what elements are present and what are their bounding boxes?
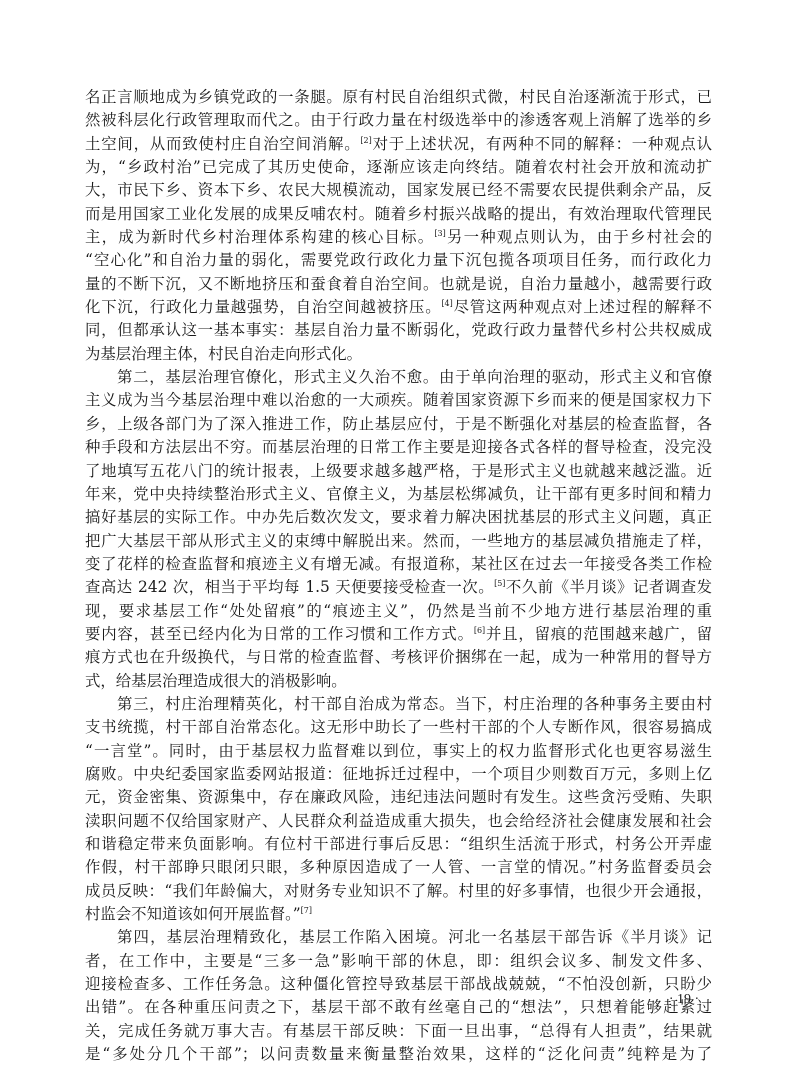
- line-text: 量的不断下沉，又不断地挤压和蚕食着自治空间。也就是说，自治力量越小，越需要行政: [85, 275, 712, 293]
- line-text: 要内容，甚至已经内化为日常的工作习惯和工作方式。: [85, 625, 474, 643]
- text-line: 作假，村干部睁只眼闭只眼，多种原因造成了一人管、一言堂的情况。”村务监督委员会: [85, 856, 712, 879]
- line-text: 第二，基层治理官僚化，形式主义久治不愈。由于单向治理的驱动，形式主义和官僚: [117, 368, 712, 386]
- text-line: 现，要求基层工作“处处留痕”的“痕迹主义”，仍然是当前不少地方进行基层治理的重: [85, 600, 712, 623]
- line-text: 现，要求基层工作“处处留痕”的“痕迹主义”，仍然是当前不少地方进行基层治理的重: [85, 602, 712, 620]
- citation-reference: [6]: [474, 626, 485, 635]
- citation-reference: [3]: [434, 229, 445, 238]
- text-line: 同，但都承认这一基本事实：基层自治力量不断弱化，党政行政力量替代乡村公共权威成: [85, 319, 712, 342]
- text-line: 者，在工作中，主要是“三多一急”影响干部的休息，即：组织会议多、制发文件多、: [85, 950, 712, 973]
- document-page: 名正言顺地成为乡镇党政的一条腿。原有村民自治组织式微，村民自治逐渐流于形式，已然…: [0, 0, 793, 1077]
- text-line: 痕方式也在升级换代，与日常的检查监督、考核评价捆绑在一起，成为一种常用的督导方: [85, 646, 712, 669]
- text-line: 化下沉，行政化力量越强势，自治空间越被挤压。[4]尽管这两种观点对上述过程的解释…: [85, 296, 712, 319]
- text-line: 要内容，甚至已经内化为日常的工作习惯和工作方式。[6]并且，留痕的范围越来越广，…: [85, 623, 712, 646]
- text-line: 变了花样的检查监督和痕迹主义有增无减。有报道称，某社区在过去一年接受各类工作检: [85, 553, 712, 576]
- text-line: 关，完成任务就万事大吉。有基层干部反映：下面一旦出事，“总得有人担责”，结果就: [85, 1020, 712, 1043]
- paragraph-first-line: 第三，村庄治理精英化，村干部自治成为常态。当下，村庄治理的各种事务主要由村: [85, 693, 712, 716]
- body-text: 名正言顺地成为乡镇党政的一条腿。原有村民自治组织式微，村民自治逐渐流于形式，已然…: [85, 86, 712, 1066]
- line-text-continued: 不久前《半月谈》记者调查发: [505, 578, 712, 596]
- text-line: 年来，党中央持续整治形式主义、官僚主义，为基层松绑减负，让干部有更多时间和精力: [85, 483, 712, 506]
- line-text: 元，资金密集、资源集中，存在廉政风险，违纪违法问题时有发生。这些贪污受贿、失职: [85, 788, 712, 806]
- text-line: 渎职问题不仅给国家财产、人民群众利益造成重大损失，也会给经济社会健康发展和社会: [85, 810, 712, 833]
- line-text: 关，完成任务就万事大吉。有基层干部反映：下面一旦出事，“总得有人担责”，结果就: [85, 1022, 712, 1040]
- line-text: 把广大基层干部从形式主义的束缚中解脱出来。然而，一些地方的基层减负措施走了样，: [85, 532, 712, 550]
- line-text: 成员反映：“我们年龄偏大，对财务专业知识不了解。村里的好多事情，也很少开会通报，: [85, 882, 712, 900]
- text-line: 搞好基层的实际工作。中办先后数次发文，要求着力解决困扰基层的形式主义问题，真正: [85, 506, 712, 529]
- line-text: 为基层治理主体，村民自治走向形式化。: [85, 345, 362, 363]
- line-text: 搞好基层的实际工作。中办先后数次发文，要求着力解决困扰基层的形式主义问题，真正: [85, 508, 712, 526]
- paragraph-first-line: 第二，基层治理官僚化，形式主义久治不愈。由于单向治理的驱动，形式主义和官僚: [85, 366, 712, 389]
- text-line: 元，资金密集、资源集中，存在廉政风险，违纪违法问题时有发生。这些贪污受贿、失职: [85, 786, 712, 809]
- line-text: 为，“乡政村治”已完成了其历史使命，逐渐应该走向终结。随着农村社会开放和流动扩: [85, 158, 712, 176]
- line-text: 出错”。在各种重压问责之下，基层干部不敢有丝毫自己的“想法”，只想着能够赶紧过: [85, 998, 712, 1016]
- line-text: 渎职问题不仅给国家财产、人民群众利益造成重大损失，也会给经济社会健康发展和社会: [85, 812, 712, 830]
- text-line: 腐败。中央纪委国家监委网站报道：征地拆迁过程中，一个项目少则数百万元，多则上亿: [85, 763, 712, 786]
- text-line: 为基层治理主体，村民自治走向形式化。: [85, 343, 712, 366]
- text-line: 为，“乡政村治”已完成了其历史使命，逐渐应该走向终结。随着农村社会开放和流动扩: [85, 156, 712, 179]
- line-text: 乡，上级各部门为了深入推进工作，防止基层应付，于是不断强化对基层的检查监督，各: [85, 415, 712, 433]
- line-text: 迎接检查多、工作任务急。这种僵化管控导致基层干部战战兢兢，“不怕没创新，只盼少: [85, 975, 712, 993]
- text-line: 种手段和方法层出不穷。而基层治理的日常工作主要是迎接各式各样的督导检查，没完没: [85, 436, 712, 459]
- line-text: 和谐稳定带来负面影响。有位村干部进行事后反思：“组织生活流于形式，村务公开弄虚: [85, 835, 712, 853]
- line-text-continued: 对于上述状况，有两种不同的解释：一种观点认: [372, 135, 712, 153]
- line-text: “一言堂”。同时，由于基层权力监督难以到位，事实上的权力监督形式化也更容易滋生: [85, 742, 712, 760]
- line-text: 种手段和方法层出不穷。而基层治理的日常工作主要是迎接各式各样的督导检查，没完没: [85, 438, 712, 456]
- text-line: 是“多处分几个干部”；以问责数量来衡量整治效果，这样的“泛化问责”纯粹是为了: [85, 1043, 712, 1066]
- text-line: 支书统揽，村干部自治常态化。这无形中助长了一些村干部的个人专断作风，很容易搞成: [85, 716, 712, 739]
- citation-reference: [7]: [301, 906, 312, 915]
- text-line: 主，成为新时代乡村治理体系构建的核心目标。[3]另一种观点则认为，由于乡村社会的: [85, 226, 712, 249]
- line-text: 年来，党中央持续整治形式主义、官僚主义，为基层松绑减负，让干部有更多时间和精力: [85, 485, 712, 503]
- text-line: 然被科层化行政管理取而代之。由于行政力量在村级选举中的渗透客观上消解了选举的乡: [85, 109, 712, 132]
- citation-reference: [5]: [494, 579, 505, 588]
- line-text-continued: 另一种观点则认为，由于乡村社会的: [446, 228, 712, 246]
- line-text: 主，成为新时代乡村治理体系构建的核心目标。: [85, 228, 434, 246]
- text-line: 了地填写五花八门的统计报表，上级要求越多越严格，于是形式主义也就越来越泛滥。近: [85, 460, 712, 483]
- text-line: 量的不断下沉，又不断地挤压和蚕食着自治空间。也就是说，自治力量越小，越需要行政: [85, 273, 712, 296]
- line-text: 查高达 242 次，相当于平均每 1.5 天便要接受检查一次。: [85, 578, 494, 596]
- line-text: 村监会不知道该如何开展监督。”: [85, 905, 301, 923]
- line-text: 而是用国家工业化发展的成果反哺农村。随着乡村振兴战略的提出，有效治理取代管理民: [85, 205, 712, 223]
- page-number: · 19 ·: [664, 992, 704, 1008]
- line-text: 支书统揽，村干部自治常态化。这无形中助长了一些村干部的个人专断作风，很容易搞成: [85, 718, 712, 736]
- line-text-continued: 并且，留痕的范围越来越广，留: [485, 625, 712, 643]
- line-text: 同，但都承认这一基本事实：基层自治力量不断弱化，党政行政力量替代乡村公共权威成: [85, 321, 712, 339]
- line-text: 是“多处分几个干部”；以问责数量来衡量整治效果，这样的“泛化问责”纯粹是为了: [85, 1045, 712, 1063]
- line-text: 化下沉，行政化力量越强势，自治空间越被挤压。: [85, 298, 441, 316]
- text-line: 把广大基层干部从形式主义的束缚中解脱出来。然而，一些地方的基层减负措施走了样，: [85, 530, 712, 553]
- text-line: 查高达 242 次，相当于平均每 1.5 天便要接受检查一次。[5]不久前《半月…: [85, 576, 712, 599]
- text-line: 土空间，从而致使村庄自治空间消解。[2]对于上述状况，有两种不同的解释：一种观点…: [85, 133, 712, 156]
- line-text: 大，市民下乡、资本下乡、农民大规模流动，国家发展已经不需要农民提供剩余产品，反: [85, 181, 712, 199]
- text-line: “空心化”和自治力量的弱化，需要党政行政化力量下沉包揽各项项目任务，而行政化力: [85, 249, 712, 272]
- line-text: 第四，基层治理精致化，基层工作陷入困境。河北一名基层干部告诉《半月谈》记: [117, 928, 712, 946]
- text-line: 式，给基层治理造成很大的消极影响。: [85, 670, 712, 693]
- text-line: “一言堂”。同时，由于基层权力监督难以到位，事实上的权力监督形式化也更容易滋生: [85, 740, 712, 763]
- line-text: 主义成为当今基层治理中难以治愈的一大顽疾。随着国家资源下乡而来的便是国家权力下: [85, 391, 712, 409]
- text-line: 和谐稳定带来负面影响。有位村干部进行事后反思：“组织生活流于形式，村务公开弄虚: [85, 833, 712, 856]
- line-text: 变了花样的检查监督和痕迹主义有增无减。有报道称，某社区在过去一年接受各类工作检: [85, 555, 712, 573]
- text-line: 村监会不知道该如何开展监督。”[7]: [85, 903, 712, 926]
- citation-reference: [4]: [441, 299, 452, 308]
- line-text: 名正言顺地成为乡镇党政的一条腿。原有村民自治组织式微，村民自治逐渐流于形式，已: [85, 88, 712, 106]
- text-line: 出错”。在各种重压问责之下，基层干部不敢有丝毫自己的“想法”，只想着能够赶紧过: [85, 996, 712, 1019]
- line-text: 土空间，从而致使村庄自治空间消解。: [85, 135, 360, 153]
- line-text: 腐败。中央纪委国家监委网站报道：征地拆迁过程中，一个项目少则数百万元，多则上亿: [85, 765, 712, 783]
- line-text: 了地填写五花八门的统计报表，上级要求越多越严格，于是形式主义也就越来越泛滥。近: [85, 462, 712, 480]
- line-text: 作假，村干部睁只眼闭只眼，多种原因造成了一人管、一言堂的情况。”村务监督委员会: [85, 858, 712, 876]
- text-line: 迎接检查多、工作任务急。这种僵化管控导致基层干部战战兢兢，“不怕没创新，只盼少: [85, 973, 712, 996]
- line-text-continued: 尽管这两种观点对上述过程的解释不: [453, 298, 712, 316]
- text-line: 成员反映：“我们年龄偏大，对财务专业知识不了解。村里的好多事情，也很少开会通报，: [85, 880, 712, 903]
- line-text: 式，给基层治理造成很大的消极影响。: [85, 672, 347, 690]
- text-line: 而是用国家工业化发展的成果反哺农村。随着乡村振兴战略的提出，有效治理取代管理民: [85, 203, 712, 226]
- text-line: 主义成为当今基层治理中难以治愈的一大顽疾。随着国家资源下乡而来的便是国家权力下: [85, 389, 712, 412]
- text-line: 名正言顺地成为乡镇党政的一条腿。原有村民自治组织式微，村民自治逐渐流于形式，已: [85, 86, 712, 109]
- line-text: 痕方式也在升级换代，与日常的检查监督、考核评价捆绑在一起，成为一种常用的督导方: [85, 648, 712, 666]
- line-text: 第三，村庄治理精英化，村干部自治成为常态。当下，村庄治理的各种事务主要由村: [117, 695, 712, 713]
- line-text: 然被科层化行政管理取而代之。由于行政力量在村级选举中的渗透客观上消解了选举的乡: [85, 111, 712, 129]
- paragraph-first-line: 第四，基层治理精致化，基层工作陷入困境。河北一名基层干部告诉《半月谈》记: [85, 926, 712, 949]
- line-text: “空心化”和自治力量的弱化，需要党政行政化力量下沉包揽各项项目任务，而行政化力: [85, 251, 712, 269]
- text-line: 大，市民下乡、资本下乡、农民大规模流动，国家发展已经不需要农民提供剩余产品，反: [85, 179, 712, 202]
- line-text: 者，在工作中，主要是“三多一急”影响干部的休息，即：组织会议多、制发文件多、: [85, 952, 712, 970]
- citation-reference: [2]: [360, 136, 371, 145]
- text-line: 乡，上级各部门为了深入推进工作，防止基层应付，于是不断强化对基层的检查监督，各: [85, 413, 712, 436]
